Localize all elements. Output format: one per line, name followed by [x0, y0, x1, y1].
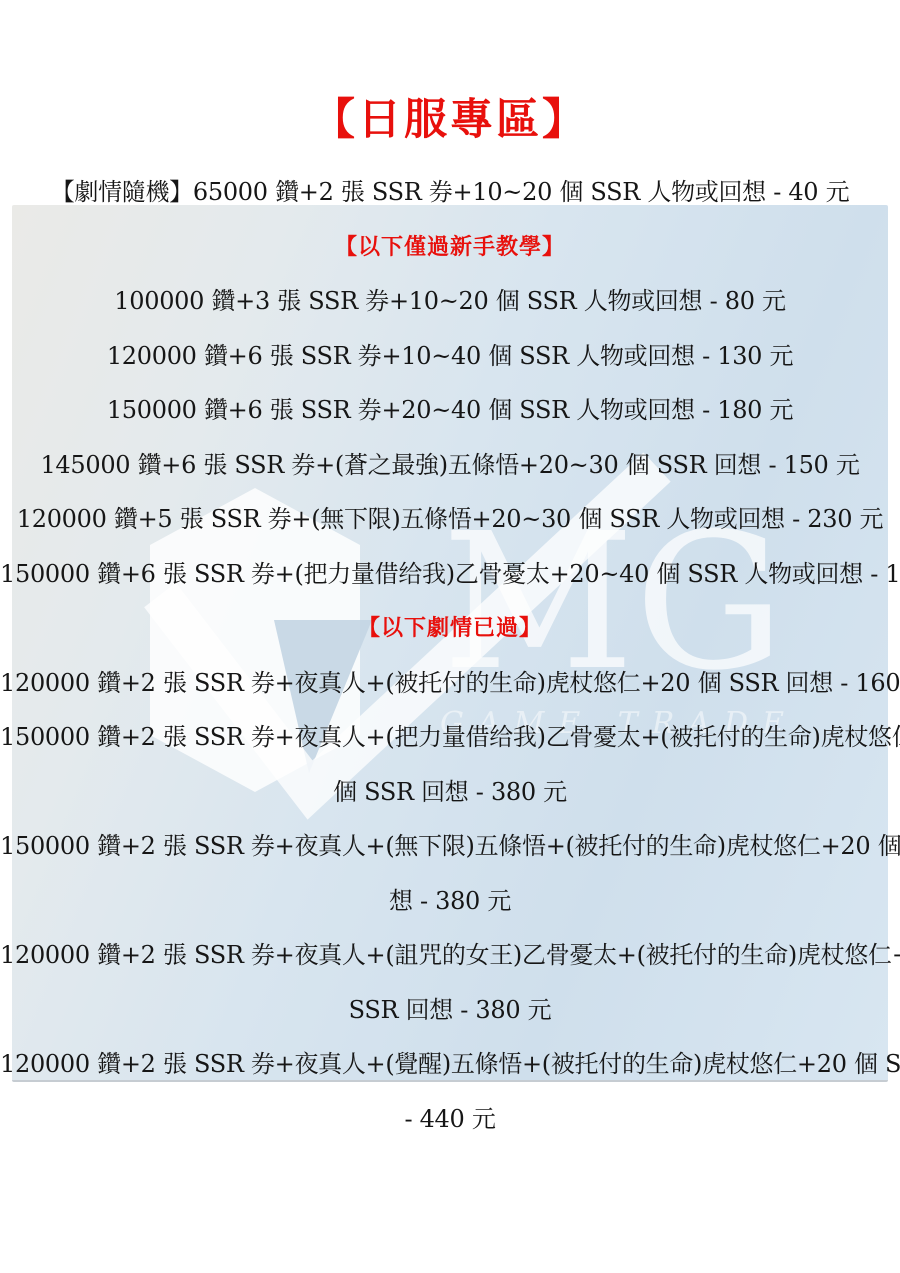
- price-lines: 【劇情隨機】65000 鑽+2 張 SSR 券+10~20 個 SSR 人物或回…: [0, 0, 900, 1273]
- price-line: 145000 鑽+6 張 SSR 券+(蒼之最強)五條悟+20~30 個 SSR…: [0, 438, 900, 493]
- section-heading: 【以下僅過新手教學】: [0, 220, 900, 275]
- price-line: 150000 鑽+2 張 SSR 券+夜真人+(無下限)五條悟+(被托付的生命)…: [0, 819, 900, 874]
- flyer-page: MG GAME TRADE 【日服專區】 【劇情隨機】65000 鑽+2 張 S…: [0, 0, 900, 1273]
- price-line: 150000 鑽+2 張 SSR 券+夜真人+(把力量借给我)乙骨憂太+(被托付…: [0, 710, 900, 765]
- price-line: 120000 鑽+2 張 SSR 券+夜真人+(詛咒的女王)乙骨憂太+(被托付的…: [0, 928, 900, 983]
- price-line: 120000 鑽+5 張 SSR 券+(無下限)五條悟+20~30 個 SSR …: [0, 492, 900, 547]
- price-line: 150000 鑽+6 張 SSR 券+20~40 個 SSR 人物或回想 - 1…: [0, 383, 900, 438]
- price-line: 120000 鑽+2 張 SSR 券+夜真人+(被托付的生命)虎杖悠仁+20 個…: [0, 656, 900, 711]
- price-line: 個 SSR 回想 - 380 元: [0, 765, 900, 820]
- price-line: 100000 鑽+3 張 SSR 券+10~20 個 SSR 人物或回想 - 8…: [0, 274, 900, 329]
- price-line: 想 - 380 元: [0, 874, 900, 929]
- price-line: 120000 鑽+6 張 SSR 券+10~40 個 SSR 人物或回想 - 1…: [0, 329, 900, 384]
- price-line: SSR 回想 - 380 元: [0, 983, 900, 1038]
- price-line: - 440 元: [0, 1092, 900, 1147]
- price-line: 150000 鑽+6 張 SSR 券+(把力量借给我)乙骨憂太+20~40 個 …: [0, 547, 900, 602]
- section-heading: 【以下劇情已過】: [0, 601, 900, 656]
- price-line: 【劇情隨機】65000 鑽+2 張 SSR 券+10~20 個 SSR 人物或回…: [0, 165, 900, 220]
- price-line: 120000 鑽+2 張 SSR 券+夜真人+(覺醒)五條悟+(被托付的生命)虎…: [0, 1037, 900, 1092]
